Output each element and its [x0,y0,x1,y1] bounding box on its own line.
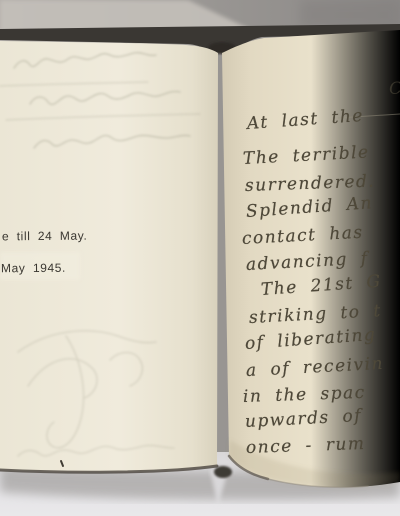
handwriting-line: in the spac [243,383,366,407]
photo-open-diary: e till 24 May. May 1945. C At last the T… [0,0,400,516]
printed-date-line-1: e till 24 May. [2,229,87,244]
handwriting-line: once - rum [246,434,366,458]
printed-date-line-2: May 1945. [1,261,66,276]
handwriting-corner-fragment: C [389,79,400,99]
